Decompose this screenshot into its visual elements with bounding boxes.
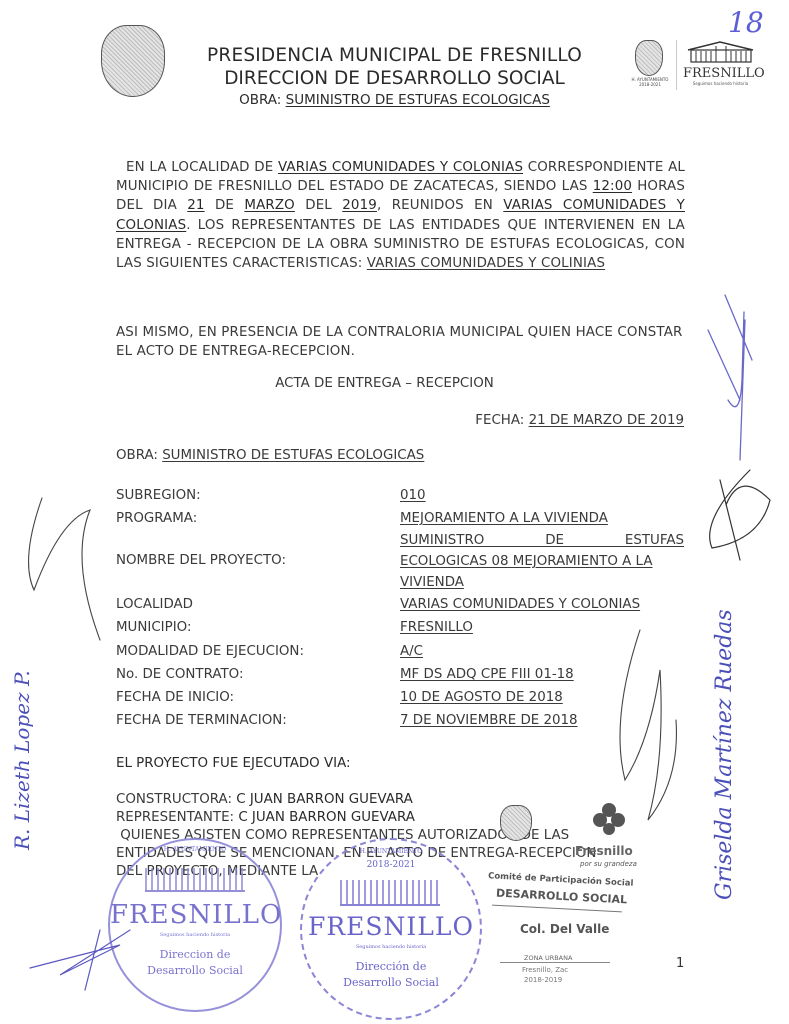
signature-mid-right-icon <box>710 470 770 560</box>
signature-left-icon <box>29 498 100 640</box>
signatures-layer <box>0 0 789 1024</box>
page-number: 1 <box>676 956 684 971</box>
signature-center-icon <box>620 630 676 820</box>
handwritten-name-right: Griselda Martínez Ruedas <box>712 609 737 900</box>
signature-bottom-left-icon <box>30 930 130 990</box>
handwritten-name-left: R. Lizeth Lopez P. <box>10 670 34 850</box>
signature-top-right-icon <box>708 295 752 460</box>
